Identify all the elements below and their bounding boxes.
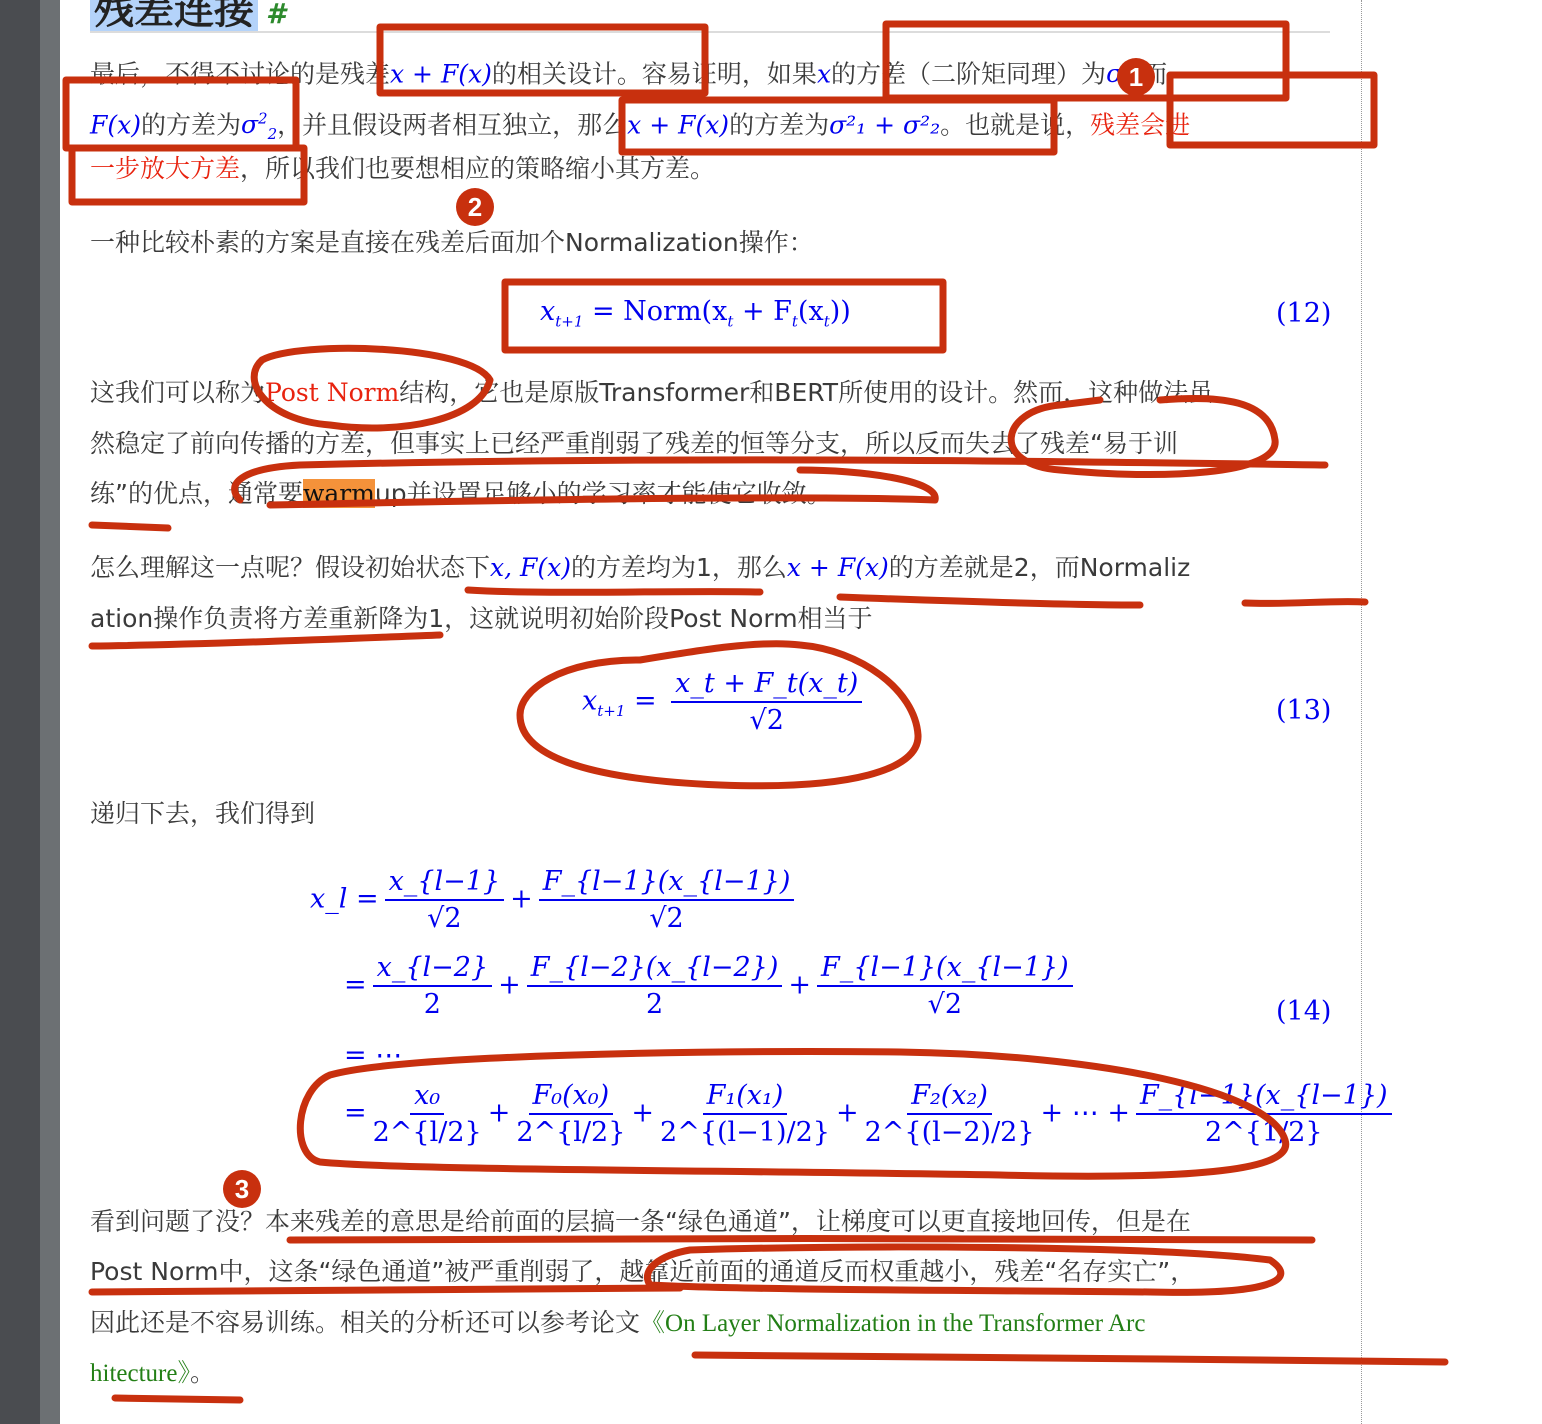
annotation-underline [1245,602,1365,604]
search-highlight: warm [303,479,375,508]
annotation-underline [695,1355,1445,1362]
math-inline: σ²₁ + σ²₂ [829,110,940,139]
left-sidebar-strip [40,0,60,1424]
paragraph-3-line-1: 这我们可以称为Post Norm结构，它也是原版Transformer和BERT… [90,376,1213,410]
paragraph-1-line-3: 一步放大方差，所以我们也要想相应的策略缩小其方差。 [90,152,715,186]
math-inline: σ22 [241,110,277,139]
paragraph-6-line-2: Post Norm中，这条“绿色通道”被严重削弱了，越靠近前面的通道反而权重越小… [90,1255,1195,1289]
highlighted-term: Post Norm [265,378,399,407]
annotation-underline [115,1398,240,1400]
paragraph-5: 递归下去，我们得到 [90,797,315,831]
equation-number-13: (13) [1276,695,1331,726]
math-inline: x + F(x) [390,59,492,88]
math-inline: x + F(x) [787,553,889,582]
annotation-badge-1: 1 [1117,58,1155,96]
annotation-badge-3: 3 [223,1170,261,1208]
annotation-underline [92,525,168,528]
equation-number-12: (12) [1276,298,1331,329]
section-heading-text: 残差连接 [90,0,258,33]
equation-14-row-4: =x₀2^{l/2}+F₀(x₀)2^{l/2}+F₁(x₁)2^{(l−1)/… [344,1080,1398,1148]
math-inline: F(x) [90,110,141,139]
page-margin-guide [1361,0,1362,1424]
paper-link-continued[interactable]: hitecture》 [90,1360,190,1387]
equation-14-row-3: = ⋯ [344,1040,402,1071]
paragraph-1-line-2: F(x)的方差为σ22，并且假设两者相互独立，那么x + F(x)的方差为σ²₁… [90,102,1190,151]
equation-14-row-2: =x_{l−2}2+F_{l−2}(x_{l−2})2+F_{l−1}(x_{l… [344,952,1079,1020]
annotation-underline [468,590,760,592]
equation-14-row-1: x_l =x_{l−1}√2+F_{l−1}(x_{l−1})√2 [310,866,800,934]
paragraph-4-line-2: ation操作负责将方差重新降为1，这就说明初始阶段Post Norm相当于 [90,602,873,636]
paragraph-3-line-2: 然稳定了前向传播的方差，但事实上已经严重削弱了残差的恒等分支，所以反而失去了残差… [90,427,1178,461]
math-inline: x + F(x) [627,110,729,139]
math-inline: x, F(x) [490,553,571,582]
annotation-box [1170,75,1374,145]
paragraph-2: 一种比较朴素的方案是直接在残差后面加个Normalization操作： [90,226,814,260]
paragraph-6-line-3: 因此还是不容易训练。相关的分析还可以参考论文《On Layer Normaliz… [90,1306,1145,1341]
section-heading: 残差连接# [90,0,285,24]
highlighted-text: 残差会进 [1090,110,1190,139]
paragraph-4-line-1: 怎么理解这一点呢？假设初始状态下x, F(x)的方差均为1，那么x + F(x)… [90,551,1190,585]
equation-number-14: (14) [1276,996,1331,1027]
left-window-rail [0,0,40,1424]
equation-12: xt+1 = Norm(xt + Ft(xt)) [540,296,851,330]
paper-link[interactable]: 《On Layer Normalization in the Transform… [640,1310,1145,1337]
heading-anchor-link[interactable]: # [266,0,285,30]
annotation-underline [840,597,1140,605]
heading-divider [90,31,1330,33]
paragraph-1-line-1: 最后，不得不讨论的是残差x + F(x)的相关设计。容易证明，如果x的方差（二阶… [90,51,1167,100]
annotation-underline [92,635,440,646]
paragraph-6-line-4: hitecture》。 [90,1356,215,1391]
paragraph-6-line-1: 看到问题了没？本来残差的意思是给前面的层搞一条“绿色通道”，让梯度可以更直接地回… [90,1205,1191,1239]
math-inline: x [817,59,831,88]
highlighted-text: 一步放大方差 [90,154,240,183]
equation-13: xt+1 = x_t + F_t(x_t)√2 [582,668,868,736]
annotation-badge-2: 2 [456,188,494,226]
paragraph-3-line-3: 练”的优点，通常要warmup并设置足够小的学习率才能使它收敛。 [90,477,832,511]
